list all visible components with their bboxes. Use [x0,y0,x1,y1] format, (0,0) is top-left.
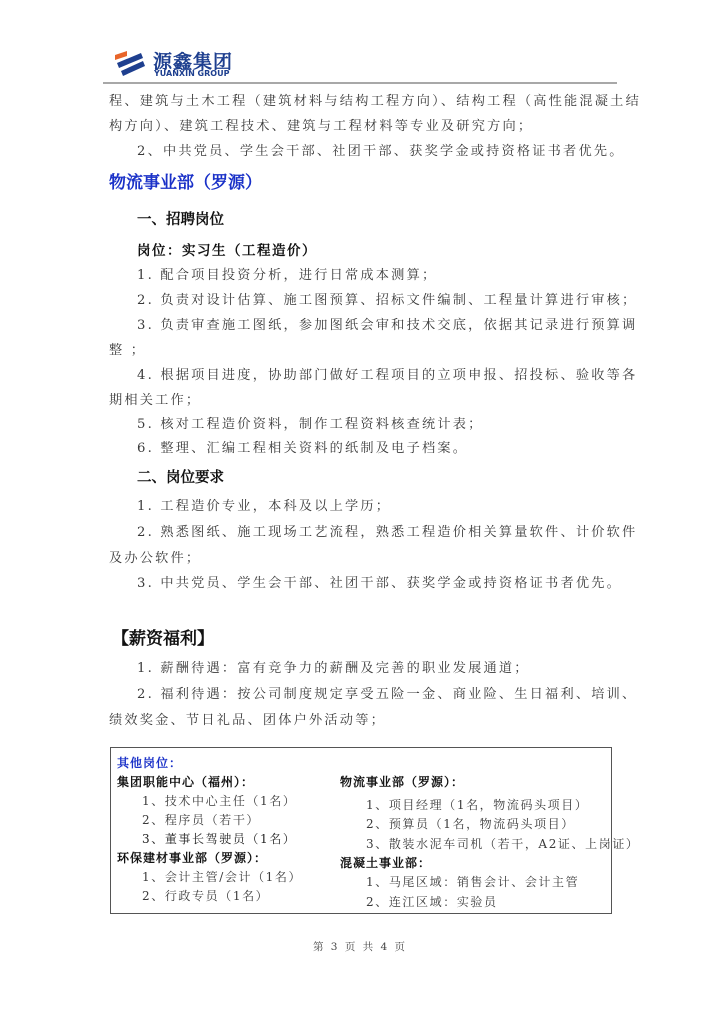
duty-item: 5. 核对工程造价资料，制作工程资料核查统计表； [137,416,484,434]
requirement-item-continued: 及办公软件； [109,550,201,568]
position-title: 岗位：实习生（工程造价） [137,239,317,259]
paragraph-line: 构方向）、建筑工程技术、建筑与工程材料等专业及研究方向； [109,118,533,136]
department-title: 物流事业部（罗源） [109,168,262,193]
duty-item: 6. 整理、汇编工程相关资料的纸制及电子档案。 [137,440,468,458]
logo-mark-icon [113,49,147,77]
position-item: 1、马尾区域：销售会计、会计主管 [366,874,579,890]
position-item: 1、技术中心主任（1名） [142,793,296,809]
group-name-fuzhou: 集团职能中心（福州）： [117,774,254,790]
other-positions-title: 其他岗位： [117,755,182,771]
duty-item: 1. 配合项目投资分析，进行日常成本测算； [137,267,437,285]
duty-item-continued: 整 ； [109,342,146,360]
position-item: 3、董事长驾驶员（1名） [142,831,296,847]
group-name-logistics: 物流事业部（罗源）： [340,774,464,790]
benefit-item: 1. 薪酬待遇：富有竞争力的薪酬及完善的职业发展通道； [137,660,530,678]
benefit-item-continued: 绩效奖金、节日礼品、团体户外活动等； [109,712,386,730]
group-name-concrete: 混凝土事业部： [340,855,431,871]
company-logo: 源鑫集团 YUANXIN GROUP [113,47,233,79]
benefits-title: 【薪资福利】 [112,624,214,649]
position-item: 2、预算员（1名，物流码头项目） [366,816,575,832]
duty-item: 4. 根据项目进度，协助部门做好工程项目的立项申报、招投标、验收等各 [137,367,637,385]
requirement-item: 1. 工程造价专业，本科及以上学历； [137,498,391,516]
duty-item: 3. 负责审查施工图纸，参加图纸会审和技术交底，依据其记录进行预算调 [137,317,637,335]
group-name-building-materials: 环保建材事业部（罗源）： [117,850,267,866]
position-item: 3、散装水泥车司机（若干，A2证、上岗证） [366,836,640,852]
section-heading-positions: 一、招聘岗位 [137,208,224,229]
position-item: 2、行政专员（1名） [142,888,269,904]
paragraph-line: 2、中共党员、学生会干部、社团干部、获奖学金或持资格证书者优先。 [137,143,625,161]
paragraph-line: 程、建筑与土木工程（建筑材料与结构工程方向）、结构工程（高性能混凝土结 [109,93,641,111]
benefit-item: 2. 福利待遇：按公司制度规定享受五险一金、商业险、生日福利、培训、 [137,686,637,704]
requirement-item: 3. 中共党员、学生会干部、社团干部、获奖学金或持资格证书者优先。 [137,575,622,593]
page-number: 第 3 页 共 4 页 [0,939,720,954]
duty-item: 2. 负责对设计估算、施工图预算、招标文件编制、工程量计算进行审核； [137,292,637,310]
position-item: 2、程序员（若干） [142,812,260,828]
logo-english-text: YUANXIN GROUP [154,69,229,78]
position-item: 2、连江区域：实验员 [366,894,498,910]
position-item: 1、会计主管/会计（1名） [142,869,302,885]
section-heading-requirements: 二、岗位要求 [137,466,224,487]
header-divider [103,82,617,84]
other-positions-box: 其他岗位： 集团职能中心（福州）： 1、技术中心主任（1名） 2、程序员（若干）… [110,747,612,914]
position-item: 1、项目经理（1名，物流码头项目） [366,797,588,813]
duty-item-continued: 期相关工作； [109,392,201,410]
requirement-item: 2. 熟悉图纸、施工现场工艺流程，熟悉工程造价相关算量软件、计价软件 [137,524,637,542]
